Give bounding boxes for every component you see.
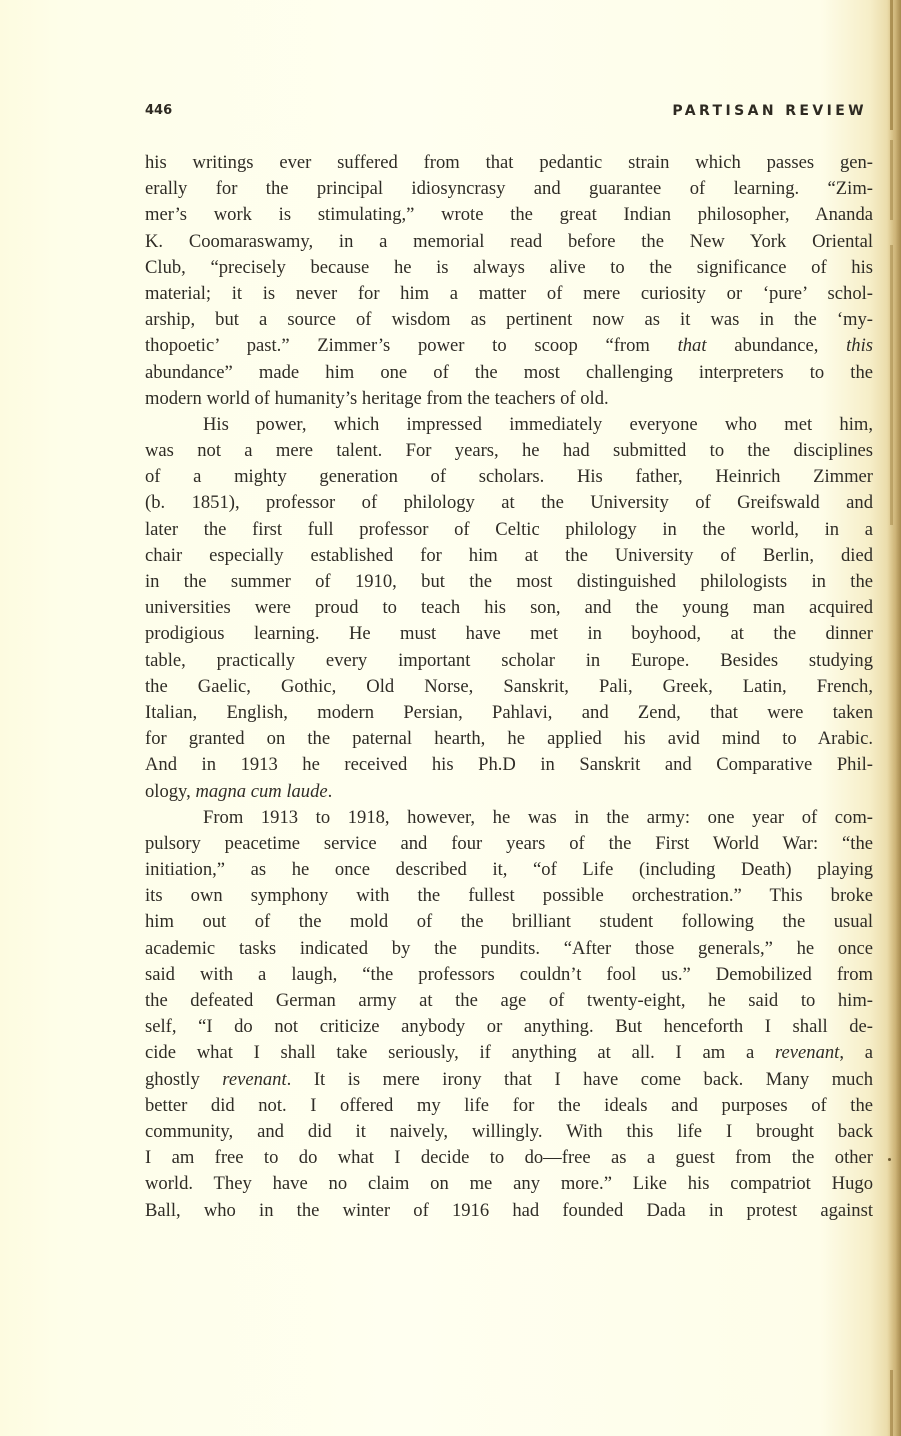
- text-line: Ball, who in the winter of 1916 had foun…: [145, 1198, 873, 1224]
- page-number: 446: [145, 103, 172, 118]
- text-line: him out of the mold of the brilliant stu…: [145, 909, 873, 935]
- running-head: 446 PARTISAN REVIEW: [145, 103, 873, 123]
- italic-emphasis: that: [678, 335, 707, 356]
- text-line: And in 1913 he received his Ph.D in Sans…: [145, 752, 873, 778]
- text-line: in the summer of 1910, but the most dist…: [145, 569, 873, 595]
- gutter-edge-line: [890, 245, 893, 525]
- margin-speck: [888, 1158, 891, 1161]
- text-line: world. They have no claim on me any more…: [145, 1171, 873, 1197]
- text-line: the defeated German army at the age of t…: [145, 988, 873, 1014]
- text-line: From 1913 to 1918, however, he was in th…: [145, 805, 873, 831]
- text-line: I am free to do what I decide to do—free…: [145, 1145, 873, 1171]
- text-line: His power, which impressed immediately e…: [145, 412, 873, 438]
- text-line: of a mighty generation of scholars. His …: [145, 464, 873, 490]
- text-line: was not a mere talent. For years, he had…: [145, 438, 873, 464]
- text-line: said with a laugh, “the professors could…: [145, 962, 873, 988]
- book-page: 446 PARTISAN REVIEW his writings ever su…: [0, 0, 901, 1436]
- text-line: arship, but a source of wisdom as pertin…: [145, 307, 873, 333]
- text-line: the Gaelic, Gothic, Old Norse, Sanskrit,…: [145, 674, 873, 700]
- text-line: pulsory peacetime service and four years…: [145, 831, 873, 857]
- text-line: thopoetic’ past.” Zimmer’s power to scoo…: [145, 333, 873, 359]
- text-line: its own symphony with the fullest possib…: [145, 883, 873, 909]
- text-line: ghostly revenant. It is mere irony that …: [145, 1067, 873, 1093]
- gutter-edge-line: [890, 1370, 893, 1436]
- gutter-edge-line: [890, 140, 893, 220]
- italic-emphasis: revenant: [775, 1042, 839, 1063]
- text-line: better did not. I offered my life for th…: [145, 1093, 873, 1119]
- text-line: (b. 1851), professor of philology at the…: [145, 490, 873, 516]
- text-line: abundance” made him one of the most chal…: [145, 360, 873, 386]
- text-line: Club, “precisely because he is always al…: [145, 255, 873, 281]
- italic-emphasis: revenant: [222, 1069, 286, 1090]
- text-line: self, “I do not criticize anybody or any…: [145, 1014, 873, 1040]
- text-line: erally for the principal idiosyncrasy an…: [145, 176, 873, 202]
- text-line: prodigious learning. He must have met in…: [145, 621, 873, 647]
- text-line: later the first full professor of Celtic…: [145, 517, 873, 543]
- text-line: initiation,” as he once described it, “o…: [145, 857, 873, 883]
- text-line: modern world of humanity’s heritage from…: [145, 386, 873, 412]
- text-line: K. Coomaraswamy, in a memorial read befo…: [145, 229, 873, 255]
- paragraph: His power, which impressed immediately e…: [145, 412, 873, 805]
- text-line: chair especially established for him at …: [145, 543, 873, 569]
- paragraph: his writings ever suffered from that ped…: [145, 150, 873, 412]
- text-line: cide what I shall take seriously, if any…: [145, 1040, 873, 1066]
- gutter-edge-line: [890, 0, 893, 130]
- italic-emphasis: this: [846, 335, 873, 356]
- text-line: academic tasks indicated by the pundits.…: [145, 936, 873, 962]
- text-line: material; it is never for him a matter o…: [145, 281, 873, 307]
- text-line: community, and did it naively, willingly…: [145, 1119, 873, 1145]
- text-line: for granted on the paternal hearth, he a…: [145, 726, 873, 752]
- article-body: his writings ever suffered from that ped…: [145, 150, 873, 1224]
- text-line: his writings ever suffered from that ped…: [145, 150, 873, 176]
- text-line: table, practically every important schol…: [145, 648, 873, 674]
- text-line: ology, magna cum laude.: [145, 779, 873, 805]
- italic-emphasis: magna cum laude: [195, 781, 327, 802]
- text-line: mer’s work is stimulating,” wrote the gr…: [145, 202, 873, 228]
- text-line: Italian, English, modern Persian, Pahlav…: [145, 700, 873, 726]
- text-line: universities were proud to teach his son…: [145, 595, 873, 621]
- journal-title: PARTISAN REVIEW: [672, 103, 867, 119]
- paragraph: From 1913 to 1918, however, he was in th…: [145, 805, 873, 1224]
